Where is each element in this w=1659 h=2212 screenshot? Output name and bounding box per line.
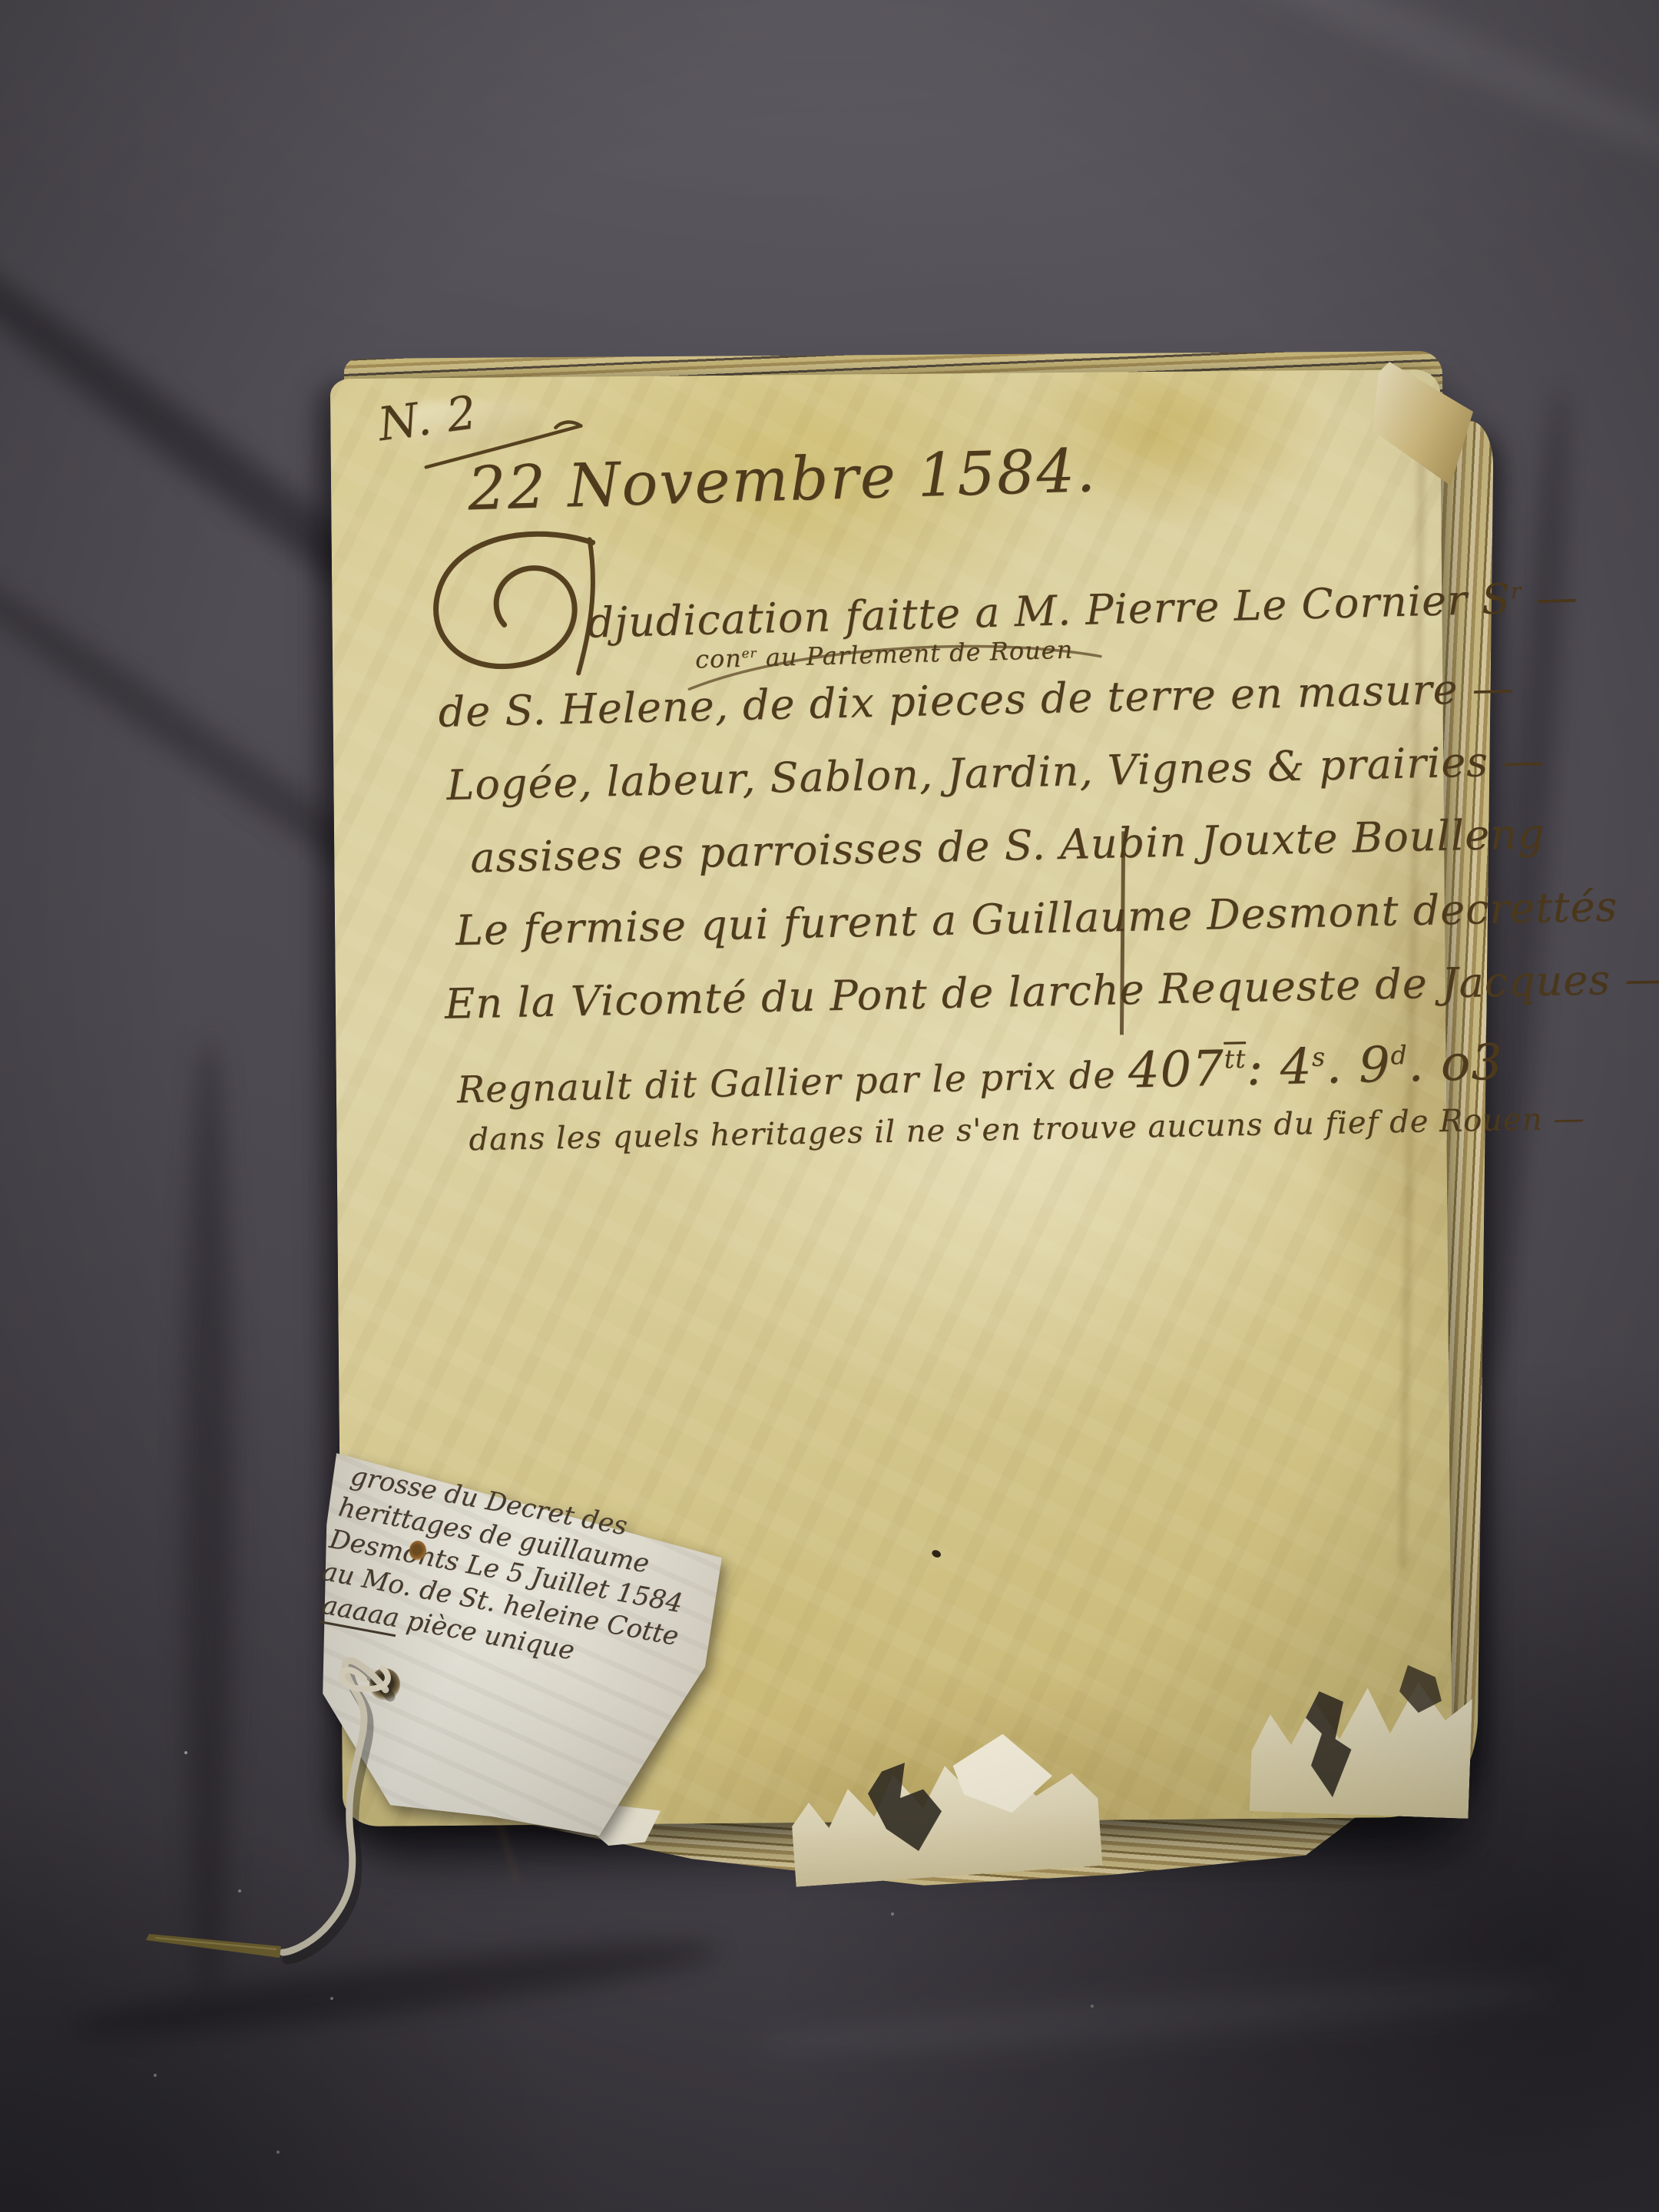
price-livres: 407 bbox=[1128, 1041, 1225, 1100]
opening-line-superscript: r bbox=[1510, 578, 1522, 604]
price-line: Regnault dit Gallier par le prix de 407t… bbox=[456, 1035, 1504, 1115]
tie-hole bbox=[369, 1668, 400, 1700]
opening-line-tail: — bbox=[1522, 573, 1579, 623]
photo-scene: N. 2 22 Novembre 1584. djudication faitt… bbox=[0, 0, 1659, 2212]
body-line: Le fermise qui furent a Guillaume Desmon… bbox=[455, 882, 1618, 955]
price-deniers-unit: d bbox=[1390, 1040, 1408, 1070]
price-sols: 4 bbox=[1280, 1038, 1313, 1096]
paper-label: grosse du Decret des herittages de guill… bbox=[303, 1444, 733, 1843]
price-separator: . bbox=[1326, 1038, 1359, 1095]
drop-cap-flourish bbox=[417, 521, 603, 680]
rust-hole bbox=[409, 1541, 426, 1561]
price-oboles: o3 bbox=[1440, 1035, 1504, 1093]
interline-text: con bbox=[695, 644, 743, 674]
price-separator: : bbox=[1246, 1039, 1281, 1097]
ink-speck bbox=[931, 1548, 942, 1558]
body-line: Logée, labeur, Sablon, Jardin, Vignes & … bbox=[446, 737, 1545, 810]
fabric-fold bbox=[184, 1037, 233, 1997]
price-deniers: 9 bbox=[1358, 1037, 1391, 1094]
dust-specks bbox=[184, 1751, 187, 1754]
interline-superscript: er bbox=[741, 646, 757, 661]
price-livres-unit: tt bbox=[1224, 1044, 1247, 1075]
price-amount: 407tt: 4s. 9d. o3 bbox=[1128, 1035, 1504, 1100]
price-sols-unit: s bbox=[1312, 1041, 1326, 1071]
fabric-fold bbox=[69, 1926, 723, 2051]
price-prefix: Regnault dit Gallier par le prix de bbox=[456, 1054, 1128, 1112]
fabric-fold bbox=[752, 1969, 1559, 2066]
fabric-fold bbox=[1080, 0, 1659, 200]
body-line: assises es parroisses de S. Aubin Jouxte… bbox=[470, 810, 1545, 882]
price-separator: . bbox=[1407, 1035, 1441, 1093]
